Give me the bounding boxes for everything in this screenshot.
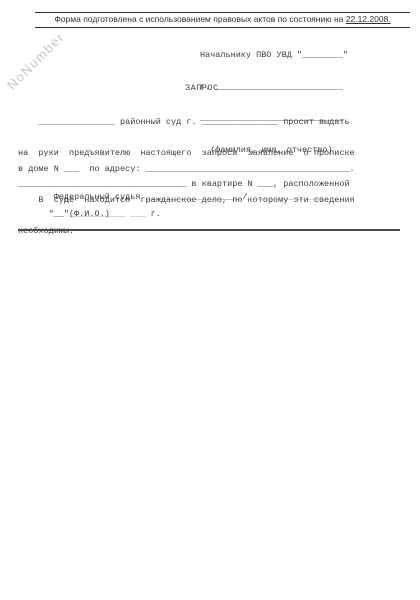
bottom-rule xyxy=(18,229,400,231)
notice-date: 22.12.2008. xyxy=(346,14,391,24)
date-year-blank: ___ xyxy=(125,209,145,219)
addressee-line-recipient: Начальнику ПВО УВД "________" xyxy=(200,50,348,61)
body-line: _______________ районный суд г. ________… xyxy=(18,117,355,127)
date-suffix: г. xyxy=(146,209,161,219)
notice-text: Форма подготовлена с использованием прав… xyxy=(54,14,345,24)
date-day-blank: "__" xyxy=(38,209,69,219)
addressee-line-city: г. _________________________ xyxy=(200,82,348,93)
notice-banner: Форма подготовлена с использованием прав… xyxy=(35,12,410,28)
body-line: в доме N ___ по адресу: ________________… xyxy=(18,164,355,174)
document-page: NoNumber Форма подготовлена с использова… xyxy=(0,0,420,600)
date-line: "__"___________ ___ г. xyxy=(18,199,161,229)
signature-name-blank: _______________ xyxy=(248,192,325,202)
date-month-blank: ___________ xyxy=(69,209,125,219)
document-title: ЗАПРОС xyxy=(18,83,219,93)
